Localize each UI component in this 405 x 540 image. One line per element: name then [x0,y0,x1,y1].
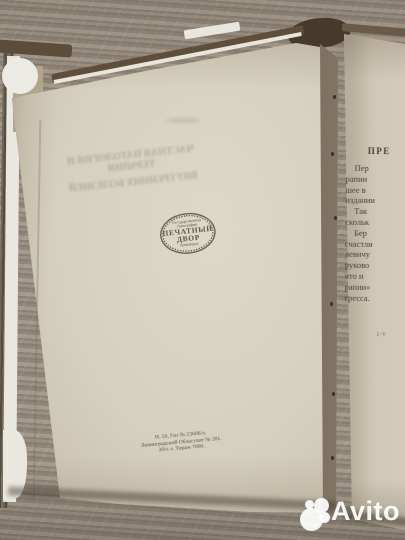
ink-smudge [166,118,200,123]
preface-line: Бер [345,228,405,239]
preface-line: Так [345,206,405,217]
preface-line: рапии [346,174,405,185]
gutter-speck [334,216,337,220]
preface-footnote: 1-V [376,331,405,338]
avito-logo-icon [319,512,330,523]
book-photo: ЧАСТНАЯ ПАТОЛОГИЯ И ТЕРАПИЯ ВНУТРЕННИХ Б… [0,0,405,540]
avito-wordmark: Avito [331,495,400,527]
preface-line: гресса. [344,292,405,303]
preface-line: Пер [346,163,405,174]
preface-line: счастли [345,238,405,249]
gutter-speck [332,392,335,396]
preface-line: шее в [345,184,405,195]
preface-heading: ПРЕ [368,146,405,156]
printing-house-stamp: Государственная типография ПЕЧАТНЫЙ ДВОР… [158,210,218,256]
gutter-speck [330,302,333,306]
preface-line: скольк [345,217,405,228]
preface-line: что и [345,271,405,282]
gutter-speck [331,152,334,156]
preface-line: издании [345,195,405,206]
gutter-speck [331,456,334,460]
gutter-speck [333,95,336,99]
preface-line: руково [345,260,405,271]
preface-line: левичу [345,249,405,260]
preface-text-column: ПРЕ Пер рапии шее в издании Так скольк Б… [344,146,405,339]
preface-line: рапии» [345,281,405,292]
avito-watermark: Avito [296,492,405,538]
jacket-corner-notch [2,58,38,94]
stamp-row5: Ленинград [180,242,199,248]
